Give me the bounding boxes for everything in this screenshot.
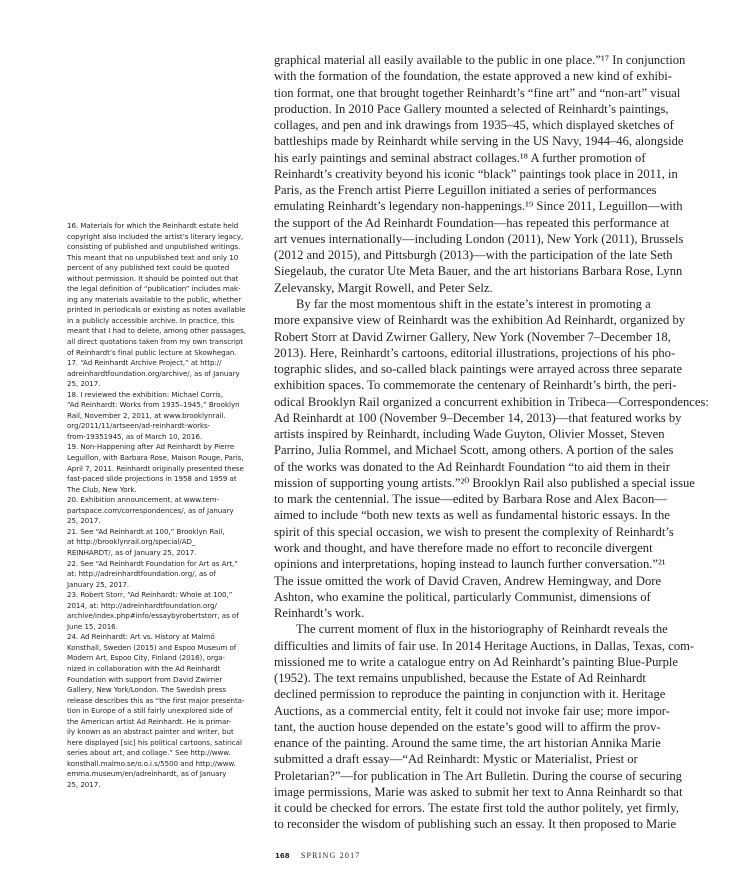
body-line: it could be checked for errors. The esta… xyxy=(274,800,684,816)
footnote-line: 22. See “Ad Reinhardt Foundation for Art… xyxy=(67,559,263,570)
body-line: opinions and interpretations, hoping ins… xyxy=(274,556,684,572)
footnote-line: The Club, New York. xyxy=(67,485,263,496)
body-line: exhibition spaces. To commemorate the ce… xyxy=(274,377,684,393)
body-line: the support of the Ad Reinhardt Foundati… xyxy=(274,215,684,231)
footnote-line: fast-paced slide projections in 1958 and… xyxy=(67,474,263,485)
footnote-line: emma.museum/en/adreinhardt, as of Januar… xyxy=(67,769,263,780)
footnote-line: 2014, at: http://adreinhardtfoundation.o… xyxy=(67,601,263,612)
body-line: Paris, as the French artist Pierre Legui… xyxy=(274,182,684,198)
footnote-line: Konsthall, Sweden (2015) and Espoo Museu… xyxy=(67,643,263,654)
body-line: emulating Reinhardt’s legendary non-happ… xyxy=(274,198,684,214)
issue-label: SPRING 2017 xyxy=(301,851,361,860)
footnote-line: 25, 2017. xyxy=(67,379,263,390)
body-line: submitted a draft essay—“Ad Reinhardt: M… xyxy=(274,751,684,767)
footnote-line: copyright also included the artist’s lit… xyxy=(67,232,263,243)
footnote-line: 16. Materials for which the Reinhardt es… xyxy=(67,221,263,232)
body-line: Zelevansky, Margit Rowell, and Peter Sel… xyxy=(274,280,684,296)
footnote-line: tion in Europe of a still fairly unexplo… xyxy=(67,706,263,717)
body-line: Ad Reinhardt at 100 (November 9–December… xyxy=(274,410,684,426)
body-line: graphical material all easily available … xyxy=(274,52,684,68)
body-line: Ashton, who examine the political, parti… xyxy=(274,589,684,605)
footnote-line: Foundation with support from David Zwirn… xyxy=(67,675,263,686)
footnote-line: consisting of published and unpublished … xyxy=(67,242,263,253)
body-line: his early paintings and seminal abstract… xyxy=(274,150,684,166)
page-number: 168 xyxy=(275,852,290,860)
footnote-line: 25, 2017. xyxy=(67,780,263,791)
body-line: odical Brooklyn Rail organized a concurr… xyxy=(274,394,684,410)
body-line: of the works was donated to the Ad Reinh… xyxy=(274,459,684,475)
footnote-line: in a publicly accessible archive. In pra… xyxy=(67,316,263,327)
body-line: difficulties and limits of fair use. In … xyxy=(274,638,684,654)
footnote-line: at http://brooklynrail.org/special/AD_ xyxy=(67,537,263,548)
body-line: work and thought, and have therefore mad… xyxy=(274,540,684,556)
footnote-line: Leguillon, with Barbara Rose, Maison Rou… xyxy=(67,453,263,464)
body-line: with the formation of the foundation, th… xyxy=(274,68,684,84)
body-line: art venues internationally—including Lon… xyxy=(274,231,684,247)
page-footer: 168 SPRING 2017 xyxy=(275,851,360,860)
body-line: mission of supporting young artists.”²⁰ … xyxy=(274,475,684,491)
footnote-line: from-19351945, as of March 10, 2016. xyxy=(67,432,263,443)
footnote-line: the American artist Ad Reinhardt. He is … xyxy=(67,717,263,728)
footnote-line: 25, 2017. xyxy=(67,516,263,527)
body-line: The current moment of flux in the histor… xyxy=(274,621,684,637)
footnote-line: Modern Art, Espoo City, Finland (2016), … xyxy=(67,653,263,664)
footnote-line: meant that I had to delete, among other … xyxy=(67,326,263,337)
footnote-line: here displayed [sic] his political carto… xyxy=(67,738,263,749)
body-line: tion format, one that brought together R… xyxy=(274,85,684,101)
footnote-line: Gallery, New York/London. The Swedish pr… xyxy=(67,685,263,696)
body-line: spirit of this special occasion, we wish… xyxy=(274,524,684,540)
footnote-line: January 25, 2017. xyxy=(67,580,263,591)
footnote-line: 18. I reviewed the exhibition: Michael C… xyxy=(67,390,263,401)
footnotes-column: 16. Materials for which the Reinhardt es… xyxy=(67,221,263,791)
footnote-line: all direct quotations taken from my own … xyxy=(67,337,263,348)
body-line: (2012 and 2015), and Pittsburgh (2013)—w… xyxy=(274,247,684,263)
body-line: to reconsider the wisdom of publishing s… xyxy=(274,816,684,832)
footnote-line: REINHARDT/, as of January 25, 2017. xyxy=(67,548,263,559)
body-line: Robert Storr at David Zwirner Gallery, N… xyxy=(274,329,684,345)
footnote-line: at: http://adreinhardtfoundation.org/, a… xyxy=(67,569,263,580)
footnote-line: the legal definition of “publication” in… xyxy=(67,284,263,295)
footnote-line: without permission. It should be pointed… xyxy=(67,274,263,285)
body-line: tographic slides, and so-called black pa… xyxy=(274,361,684,377)
body-line: declined permission to reproduce the pai… xyxy=(274,686,684,702)
body-line: Proletarian?”—for publication in The Art… xyxy=(274,768,684,784)
footnote-line: partspace.com/correspondences/, as of Ja… xyxy=(67,506,263,517)
footnote-line: konsthall.malmo.se/o.o.i.s/5500 and http… xyxy=(67,759,263,770)
body-line: The issue omitted the work of David Crav… xyxy=(274,573,684,589)
footnote-line: 23. Robert Storr, “Ad Reinhardt: Whole a… xyxy=(67,590,263,601)
body-line: Siegelaub, the curator Ute Meta Bauer, a… xyxy=(274,263,684,279)
body-text-column: graphical material all easily available … xyxy=(274,52,684,833)
footnote-line: of Reinhardt’s final public lecture at S… xyxy=(67,348,263,359)
body-line: Parrino, Julia Rommel, and Michael Scott… xyxy=(274,442,684,458)
body-line: more expansive view of Reinhardt was the… xyxy=(274,312,684,328)
footnote-line: series about art, and collage.” See http… xyxy=(67,748,263,759)
body-line: Reinhardt’s work. xyxy=(274,605,684,621)
footnote-line: archive/index.php#info/essaybyrobertstor… xyxy=(67,611,263,622)
body-line: enance of the painting. Around the same … xyxy=(274,735,684,751)
body-line: By far the most momentous shift in the e… xyxy=(274,296,684,312)
body-line: missioned me to write a catalogue entry … xyxy=(274,654,684,670)
body-line: 2013). Here, Reinhardt’s cartoons, edito… xyxy=(274,345,684,361)
footnote-line: percent of any published text could be q… xyxy=(67,263,263,274)
footnote-line: nized in collaboration with the Ad Reinh… xyxy=(67,664,263,675)
footnote-line: adreinhardtfoundation.org/archive/, as o… xyxy=(67,369,263,380)
body-line: Reinhardt’s creativity beyond his iconic… xyxy=(274,166,684,182)
footnote-line: ily known as an abstract painter and wri… xyxy=(67,727,263,738)
footnote-line: 24. Ad Reinhardt: Art vs. History at Mal… xyxy=(67,632,263,643)
footnote-line: 17. “Ad Reinhardt Archive Project,” at h… xyxy=(67,358,263,369)
footnote-line: April 7, 2011. Reinhardt originally pres… xyxy=(67,464,263,475)
footnote-line: printed in periodicals or existing as no… xyxy=(67,305,263,316)
body-line: to mark the centennial. The issue—edited… xyxy=(274,491,684,507)
body-line: image permissions, Marie was asked to su… xyxy=(274,784,684,800)
body-line: Auctions, as a commercial entity, felt i… xyxy=(274,703,684,719)
footnote-line: “Ad Reinhardt: Works from 1935–1945,” Br… xyxy=(67,400,263,411)
footnote-line: June 15, 2016. xyxy=(67,622,263,633)
body-line: battleships made by Reinhardt while serv… xyxy=(274,133,684,149)
body-line: aimed to include “both new texts as well… xyxy=(274,507,684,523)
body-line: collages, and pen and ink drawings from … xyxy=(274,117,684,133)
footnote-line: 20. Exhibition announcement, at www.tem- xyxy=(67,495,263,506)
footnote-line: release describes this as “the first maj… xyxy=(67,696,263,707)
body-line: tant, the auction house depended on the … xyxy=(274,719,684,735)
footnote-line: ing any materials available to the publi… xyxy=(67,295,263,306)
footnote-line: org/2011/11/artseen/ad-reinhardt-works- xyxy=(67,421,263,432)
body-line: (1952). The text remains unpublished, be… xyxy=(274,670,684,686)
footnote-line: Rail, November 2, 2011, at www.brooklynr… xyxy=(67,411,263,422)
body-line: artists inspired by Reinhardt, including… xyxy=(274,426,684,442)
footnote-line: 21. See “Ad Reinhardt at 100,” Brooklyn … xyxy=(67,527,263,538)
body-line: production. In 2010 Pace Gallery mounted… xyxy=(274,101,684,117)
footnote-line: This meant that no unpublished text and … xyxy=(67,253,263,264)
footnote-line: 19. Non-Happening after Ad Reinhardt by … xyxy=(67,442,263,453)
